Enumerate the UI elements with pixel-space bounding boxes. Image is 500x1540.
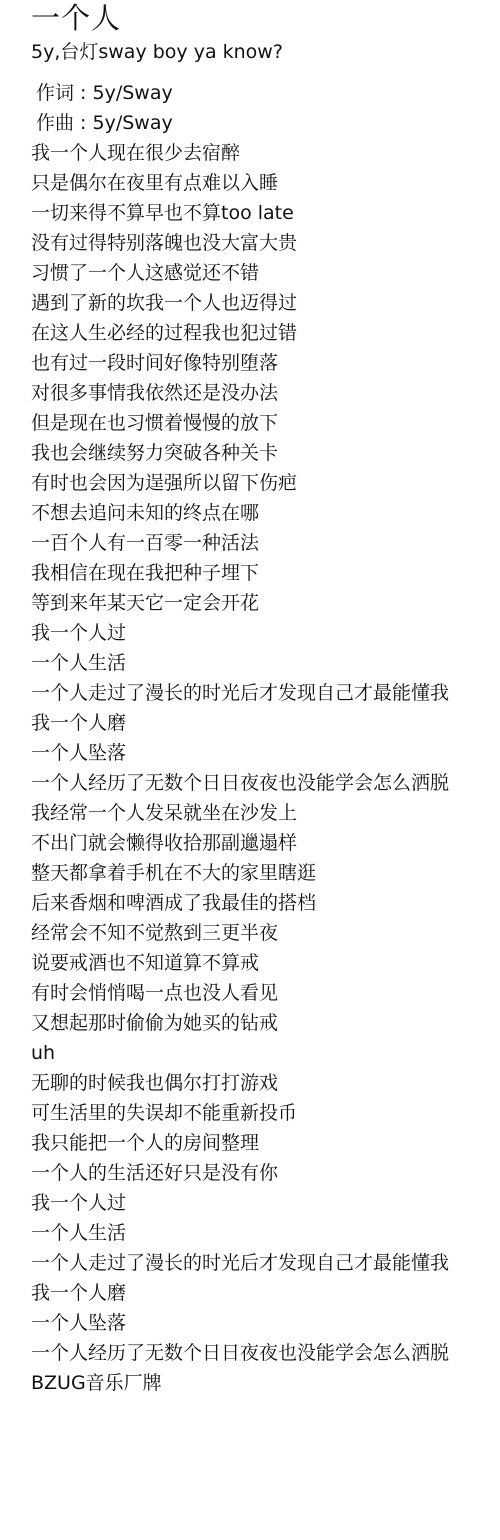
lyric-line: 也有过一段时间好像特别堕落 (31, 348, 500, 378)
lyric-line: 在这人生必经的过程我也犯过错 (31, 318, 500, 348)
lyric-line: 又想起那时偷偷为她买的钻戒 (31, 1008, 500, 1038)
composer-credit: 作曲 : 5y/Sway (36, 108, 500, 138)
lyric-line: 我经常一个人发呆就坐在沙发上 (31, 798, 500, 828)
lyric-line: 但是现在也习惯着慢慢的放下 (31, 408, 500, 438)
lyric-line: 一个人走过了漫长的时光后才发现自己才最能懂我 (31, 1248, 500, 1278)
lyric-line: 不出门就会懒得收拾那副邋遢样 (31, 828, 500, 858)
lyric-line: 一个人坠落 (31, 1308, 500, 1338)
lyric-line: 一个人走过了漫长的时光后才发现自己才最能懂我 (31, 678, 500, 708)
lyric-line: 无聊的时候我也偶尔打打游戏 (31, 1068, 500, 1098)
lyric-line: 我也会继续努力突破各种关卡 (31, 438, 500, 468)
lyric-line: 我一个人过 (31, 618, 500, 648)
lyric-line: 我一个人现在很少去宿醉 (31, 138, 500, 168)
lyric-line: 一切来得不算早也不算too late (31, 198, 500, 228)
lyric-line: 没有过得特别落魄也没大富大贵 (31, 228, 500, 258)
lyric-line: 一个人经历了无数个日日夜夜也没能学会怎么洒脱 (31, 1338, 500, 1368)
lyric-line: 一个人生活 (31, 648, 500, 678)
lyric-line: 遇到了新的坎我一个人也迈得过 (31, 288, 500, 318)
lyrics-list: 我一个人现在很少去宿醉只是偶尔在夜里有点难以入睡一切来得不算早也不算too la… (31, 138, 500, 1398)
lyric-line: 等到来年某天它一定会开花 (31, 588, 500, 618)
lyric-line: 一个人坠落 (31, 738, 500, 768)
lyric-line: 有时也会因为逞强所以留下伤疤 (31, 468, 500, 498)
song-credits: 作词 : 5y/Sway 作曲 : 5y/Sway (31, 78, 500, 138)
song-title: 一个人 (31, 0, 500, 36)
lyric-line: 整天都拿着手机在不大的家里瞎逛 (31, 858, 500, 888)
lyric-line: uh (31, 1038, 500, 1068)
lyric-line: 我一个人过 (31, 1188, 500, 1218)
lyric-line: 不想去追问未知的终点在哪 (31, 498, 500, 528)
lyric-line: 可生活里的失误却不能重新投币 (31, 1098, 500, 1128)
lyric-line: 只是偶尔在夜里有点难以入睡 (31, 168, 500, 198)
lyric-line: 对很多事情我依然还是没办法 (31, 378, 500, 408)
lyric-line: 一个人的生活还好只是没有你 (31, 1158, 500, 1188)
lyric-line: 经常会不知不觉熬到三更半夜 (31, 918, 500, 948)
lyric-line: 有时会悄悄喝一点也没人看见 (31, 978, 500, 1008)
lyrics-page: 一个人 5y,台灯sway boy ya know? 作词 : 5y/Sway … (0, 0, 500, 1398)
lyric-line: 一个人生活 (31, 1218, 500, 1248)
lyric-line: 习惯了一个人这感觉还不错 (31, 258, 500, 288)
lyric-line: 一百个人有一百零一种活法 (31, 528, 500, 558)
lyric-line: 我一个人磨 (31, 1278, 500, 1308)
lyricist-credit: 作词 : 5y/Sway (36, 78, 500, 108)
lyric-line: 我只能把一个人的房间整理 (31, 1128, 500, 1158)
lyric-line: 后来香烟和啤酒成了我最佳的搭档 (31, 888, 500, 918)
lyric-line: BZUG音乐厂牌 (31, 1368, 500, 1398)
lyric-line: 一个人经历了无数个日日夜夜也没能学会怎么洒脱 (31, 768, 500, 798)
lyric-line: 我一个人磨 (31, 708, 500, 738)
lyric-line: 我相信在现在我把种子埋下 (31, 558, 500, 588)
song-subtitle: 5y,台灯sway boy ya know? (31, 37, 500, 67)
lyric-line: 说要戒酒也不知道算不算戒 (31, 948, 500, 978)
